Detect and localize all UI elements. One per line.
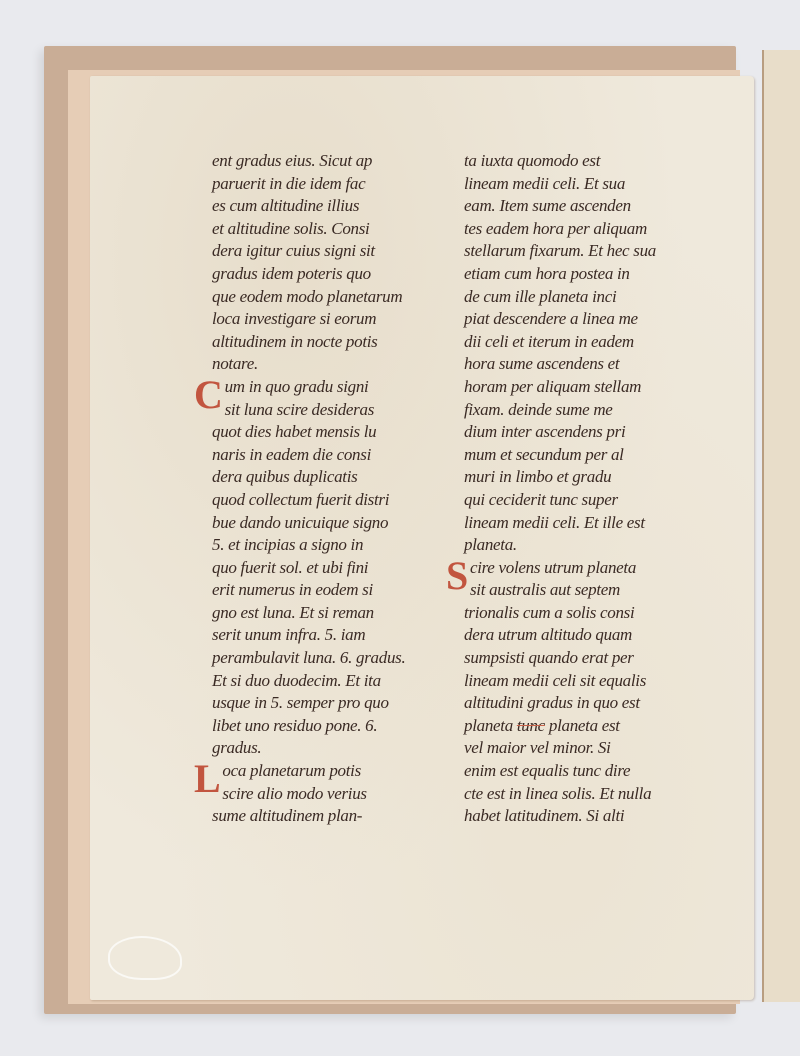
text-line: vel maior vel minor. Si <box>464 737 656 760</box>
text-line: lineam medii celi. Et ille est <box>464 512 656 535</box>
text-line: quot dies habet mensis lu <box>212 421 405 444</box>
text-line: libet uno residuo pone. 6. <box>212 715 405 738</box>
text-line: sumpsisti quando erat per <box>464 647 656 670</box>
left-column: ent gradus eius. Sicut ap paruerit in di… <box>212 150 405 828</box>
text-line: cire volens utrum planeta <box>464 557 656 580</box>
text-line: piat descendere a linea me <box>464 308 656 331</box>
text-line: erit numerus in eodem si <box>212 579 405 602</box>
text-line: lineam medii celi sit equalis <box>464 670 656 693</box>
text-line: dera igitur cuius signi sit <box>212 240 405 263</box>
text-line: que eodem modo planetarum <box>212 286 405 309</box>
text-line: bue dando unicuique signo <box>212 512 405 535</box>
text-line: um in quo gradu signi <box>212 376 405 399</box>
text-line: altitudini gradus in quo est <box>464 692 656 715</box>
text-line: paruerit in die idem fac <box>212 173 405 196</box>
text-line: serit unum infra. 5. iam <box>212 624 405 647</box>
text-line: notare. <box>212 353 405 376</box>
text-line: trionalis cum a solis consi <box>464 602 656 625</box>
parchment-stain <box>108 936 182 980</box>
text-line: scire alio modo verius <box>212 783 405 806</box>
text-line: horam per aliquam stellam <box>464 376 656 399</box>
text-line: dii celi et iterum in eadem <box>464 331 656 354</box>
text-line: enim est equalis tunc dire <box>464 760 656 783</box>
text-line: usque in 5. semper pro quo <box>212 692 405 715</box>
text-line: altitudinem in nocte potis <box>212 331 405 354</box>
text-line: etiam cum hora postea in <box>464 263 656 286</box>
text-line: stellarum fixarum. Et hec sua <box>464 240 656 263</box>
text-line: mum et secundum per al <box>464 444 656 467</box>
text-line: sume altitudinem plan- <box>212 805 405 828</box>
text-line: gno est luna. Et si reman <box>212 602 405 625</box>
text-line: perambulavit luna. 6. gradus. <box>212 647 405 670</box>
text-line: habet latitudinem. Si alti <box>464 805 656 828</box>
text-line: muri in limbo et gradu <box>464 466 656 489</box>
struck-word: tunc <box>517 716 545 735</box>
rubric-initial: S <box>446 557 468 595</box>
text-line: sit australis aut septem <box>464 579 656 602</box>
text-line: Et si duo duodecim. Et ita <box>212 670 405 693</box>
text-line: fixam. deinde sume me <box>464 399 656 422</box>
text-line: dium inter ascendens pri <box>464 421 656 444</box>
rubric-initial: C <box>194 376 223 414</box>
text-line: quo fuerit sol. et ubi fini <box>212 557 405 580</box>
text-line: ta iuxta quomodo est <box>464 150 656 173</box>
text-line: eam. Item sume ascenden <box>464 195 656 218</box>
text-line-struck: planeta tunc planeta est <box>464 715 656 738</box>
text-line: quod collectum fuerit distri <box>212 489 405 512</box>
text-line: tes eadem hora per aliquam <box>464 218 656 241</box>
text-line: naris in eadem die consi <box>212 444 405 467</box>
text-line: gradus. <box>212 737 405 760</box>
text-line: 5. et incipias a signo in <box>212 534 405 557</box>
text-line: dera utrum altitudo quam <box>464 624 656 647</box>
text-line: dera quibus duplicatis <box>212 466 405 489</box>
text-line: gradus idem poteris quo <box>212 263 405 286</box>
text-line: de cum ille planeta inci <box>464 286 656 309</box>
text-line: ent gradus eius. Sicut ap <box>212 150 405 173</box>
text-line: et altitudine solis. Consi <box>212 218 405 241</box>
text-line: cte est in linea solis. Et nulla <box>464 783 656 806</box>
text-line: lineam medii celi. Et sua <box>464 173 656 196</box>
rubric-initial: L <box>194 760 220 798</box>
text-line: qui ceciderit tunc super <box>464 489 656 512</box>
text-line: oca planetarum potis <box>212 760 405 783</box>
text-line: es cum altitudine illius <box>212 195 405 218</box>
text-line: loca investigare si eorum <box>212 308 405 331</box>
text-line: sit luna scire desideras <box>212 399 405 422</box>
text-line: planeta. <box>464 534 656 557</box>
text-line: hora sume ascendens et <box>464 353 656 376</box>
next-leaf-edge <box>762 50 800 1002</box>
right-column: ta iuxta quomodo est lineam medii celi. … <box>464 150 656 828</box>
